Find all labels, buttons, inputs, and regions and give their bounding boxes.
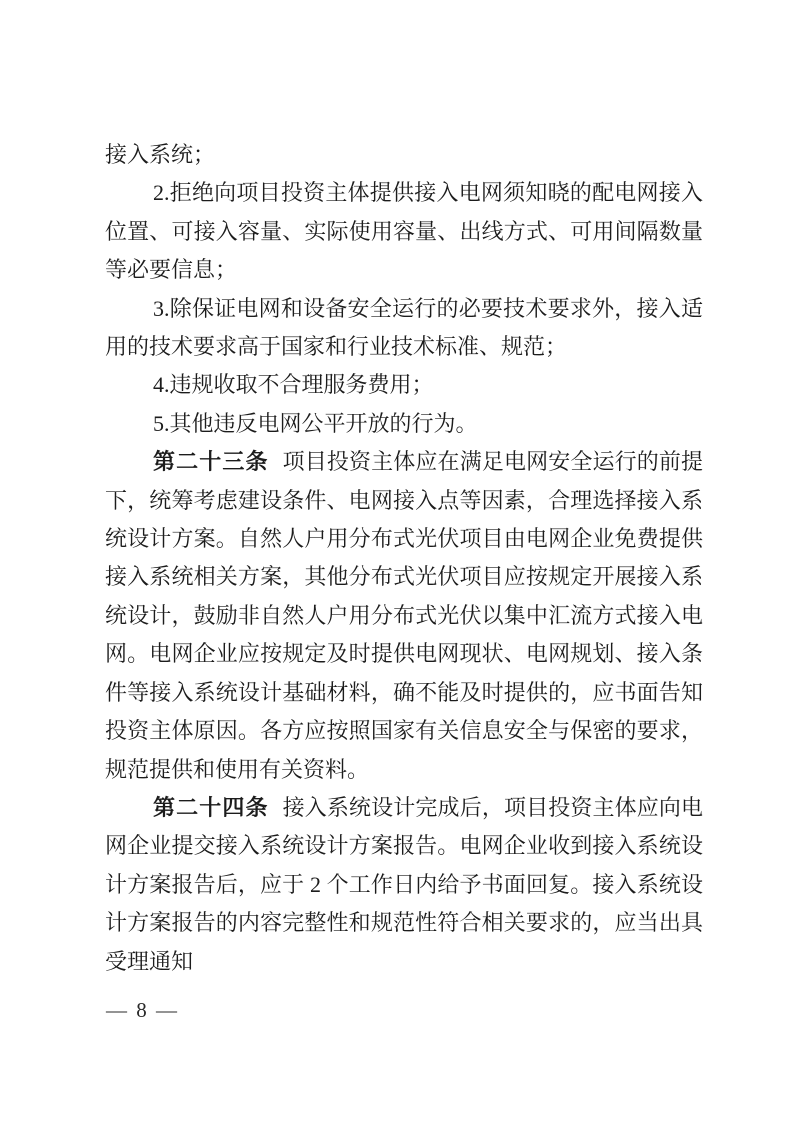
paragraph-text: 4.违规收取不合理服务费用；: [153, 372, 434, 397]
paragraph-text: 5.其他违反电网公平开放的行为。: [153, 411, 478, 436]
paragraph-text: 接入系统设计完成后，项目投资主体应向电网企业提交接入系统设计方案报告。电网企业收…: [105, 795, 703, 974]
list-item-5: 5.其他违反电网公平开放的行为。: [105, 405, 703, 443]
list-item-2: 2.拒绝向项目投资主体提供接入电网须知晓的配电网接入位置、可接入容量、实际使用容…: [105, 174, 703, 289]
paragraph-text: 项目投资主体应在满足电网安全运行的前提下，统筹考虑建设条件、电网接入点等因素，合…: [105, 449, 703, 781]
list-item-3: 3.除保证电网和设备安全运行的必要技术要求外，接入适用的技术要求高于国家和行业技…: [105, 290, 703, 367]
document-body: 接入系统； 2.拒绝向项目投资主体提供接入电网须知晓的配电网接入位置、可接入容量…: [105, 136, 703, 981]
article-23: 第二十三条项目投资主体应在满足电网安全运行的前提下，统筹考虑建设条件、电网接入点…: [105, 443, 703, 789]
article-24-heading: 第二十四条: [153, 795, 269, 820]
paragraph-text: 3.除保证电网和设备安全运行的必要技术要求外，接入适用的技术要求高于国家和行业技…: [105, 296, 703, 359]
document-page: 接入系统； 2.拒绝向项目投资主体提供接入电网须知晓的配电网接入位置、可接入容量…: [0, 0, 793, 1122]
paragraph-continuation: 接入系统；: [105, 136, 703, 174]
article-23-heading: 第二十三条: [153, 449, 269, 474]
list-item-4: 4.违规收取不合理服务费用；: [105, 366, 703, 404]
paragraph-text: 接入系统；: [105, 142, 215, 167]
page-number: — 8 —: [106, 998, 179, 1023]
article-24: 第二十四条接入系统设计完成后，项目投资主体应向电网企业提交接入系统设计方案报告。…: [105, 789, 703, 981]
paragraph-text: 2.拒绝向项目投资主体提供接入电网须知晓的配电网接入位置、可接入容量、实际使用容…: [105, 180, 703, 282]
